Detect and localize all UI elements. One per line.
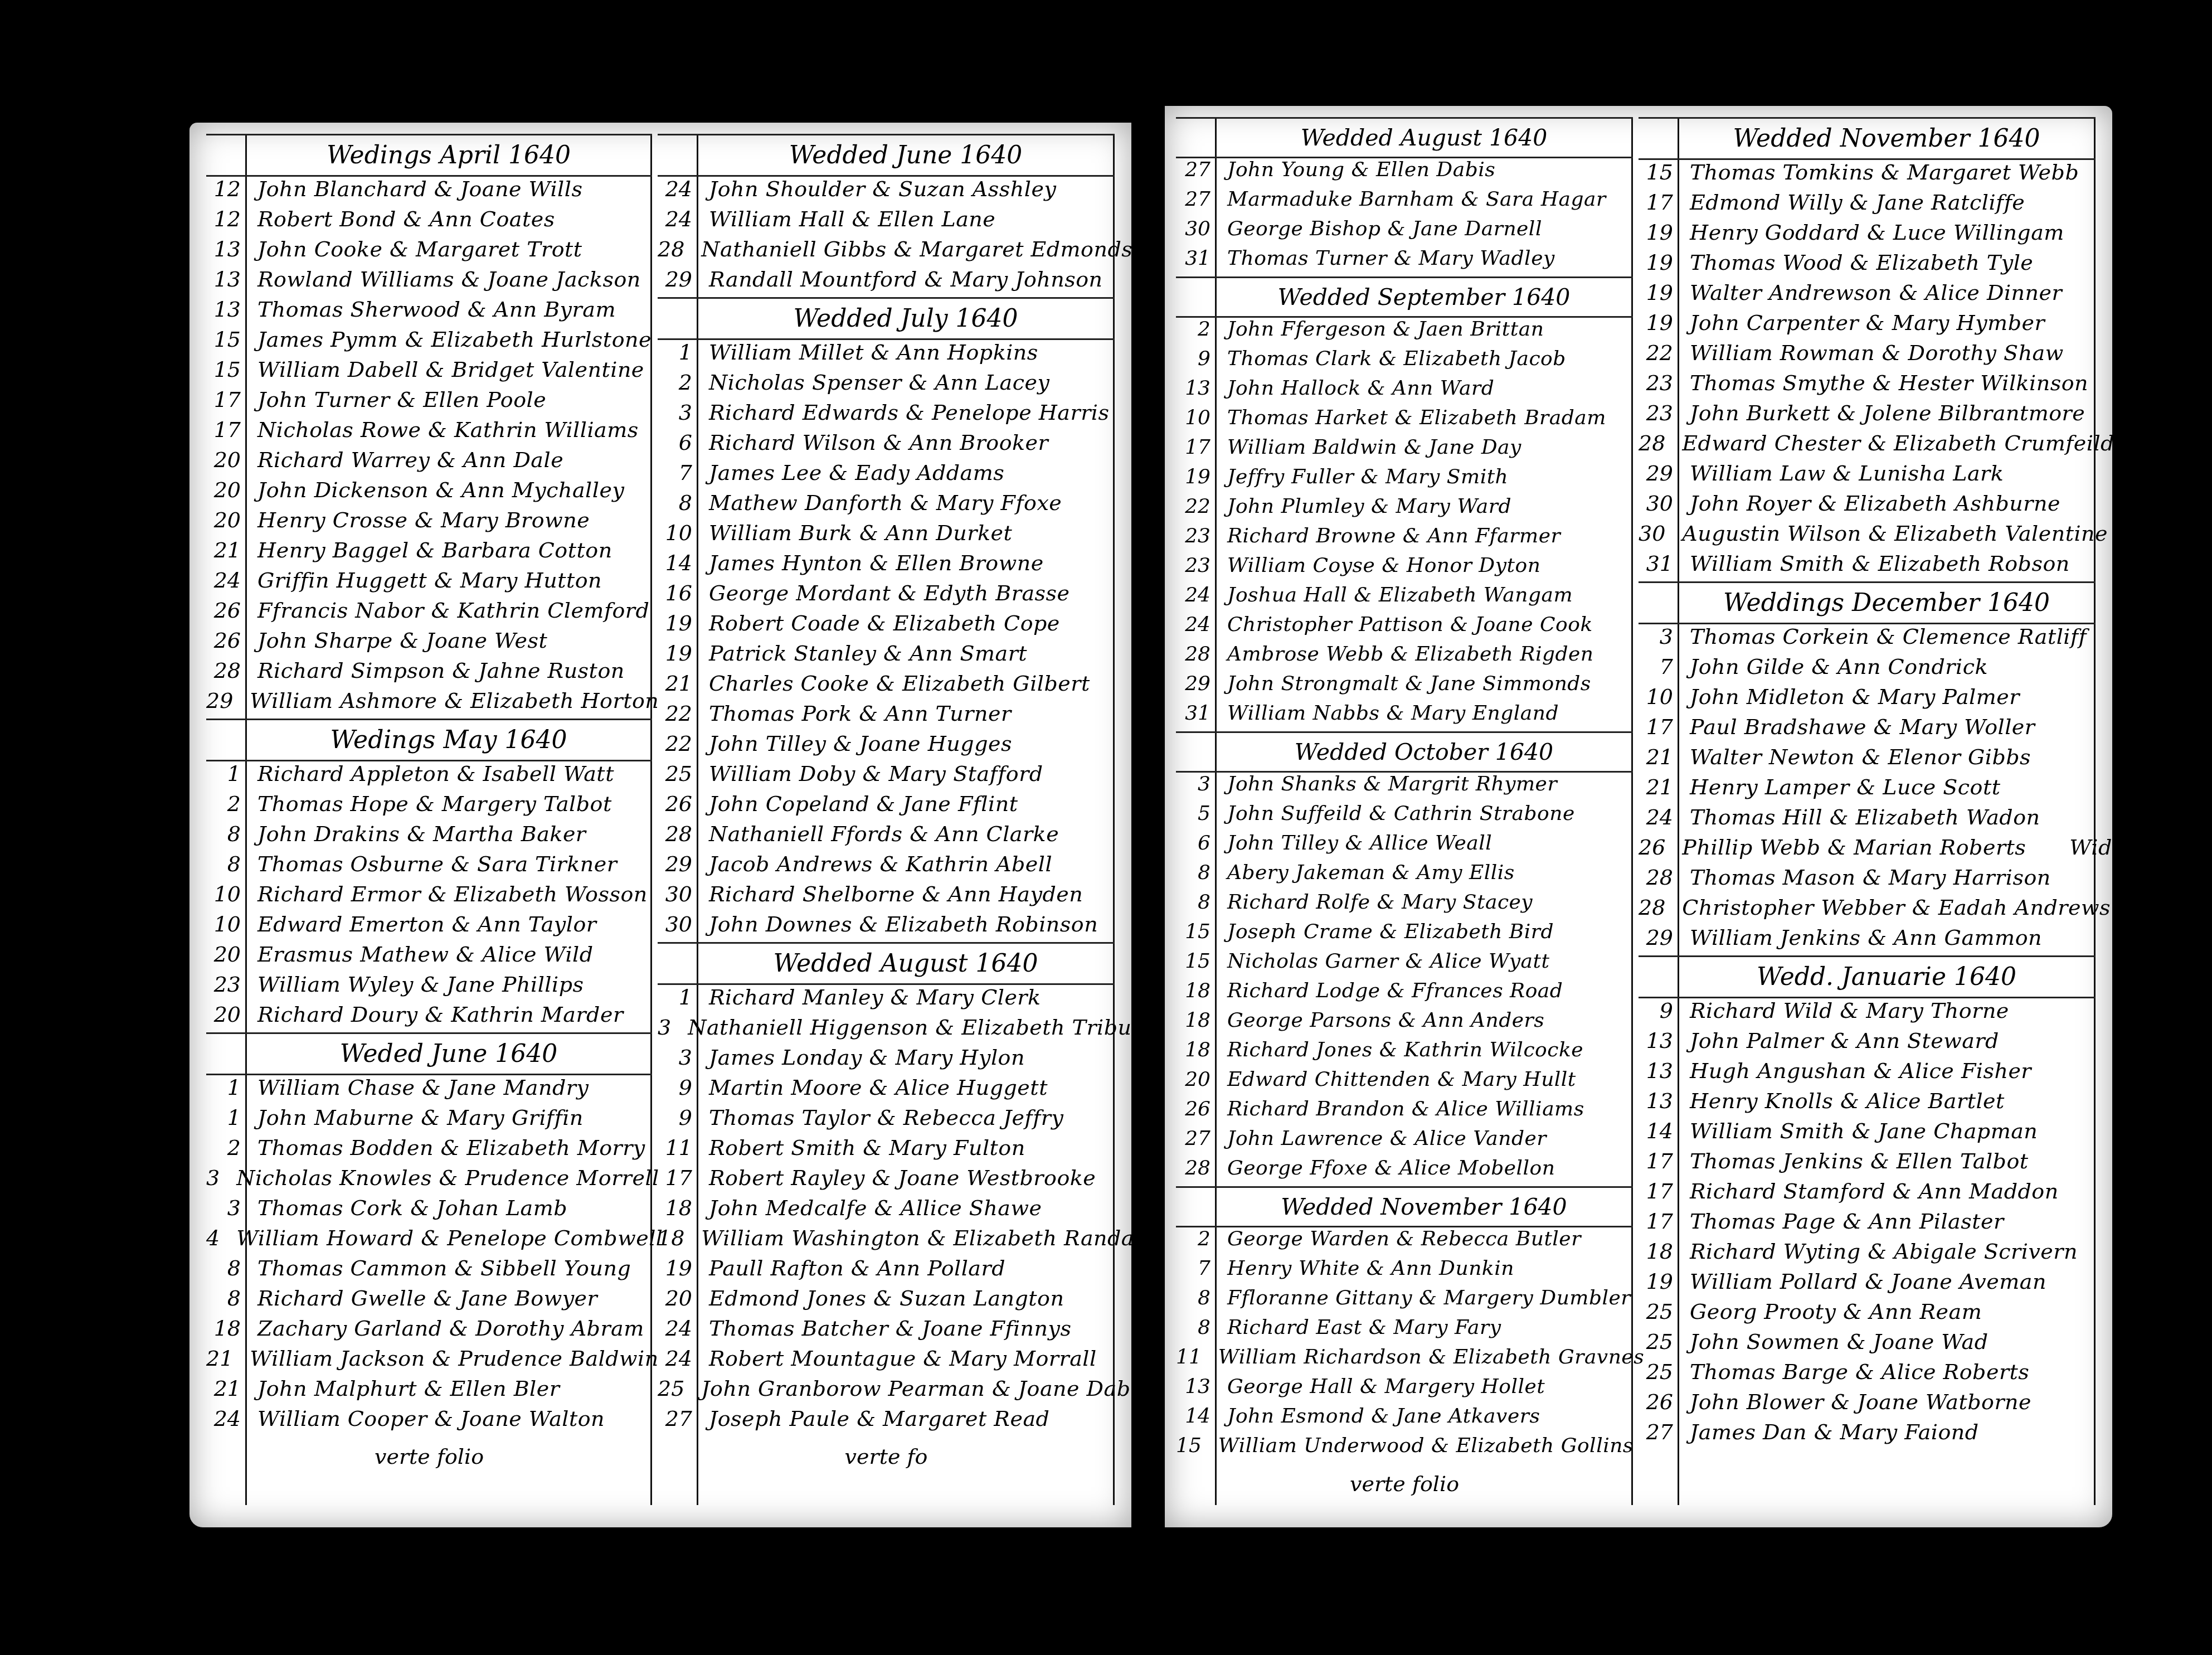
entry-day: 17 <box>206 387 247 412</box>
marriage-entry: 13George Hall & Margery Hollet <box>1176 1375 1633 1405</box>
entry-names: William Chase & Jane Mandry <box>247 1075 589 1100</box>
entry-names: Robert Bond & Ann Coates <box>247 207 555 231</box>
marriage-entry: 24John Shoulder & Suzan Asshley <box>658 177 1115 207</box>
entry-day: 20 <box>206 1002 247 1027</box>
entry-day: 19 <box>1639 250 1680 275</box>
marriage-entry: 15William Underwood & Elizabeth Gollins <box>1176 1434 1633 1464</box>
entry-day: 19 <box>1176 465 1217 488</box>
entry-names: Joseph Crame & Elizabeth Bird <box>1217 920 1554 943</box>
marriage-entry: 13Rowland Williams & Joane Jackson <box>206 267 652 297</box>
marriage-entry: 1William Chase & Jane Mandry <box>206 1075 652 1105</box>
entry-names: William Howard & Penelope Combwell <box>226 1226 663 1250</box>
month-heading: Wedded October 1640 <box>1176 731 1633 773</box>
marriage-entry: 28Edward Chester & Elizabeth Crumfeild <box>1639 431 2096 461</box>
entry-names: Thomas Wood & Elizabeth Tyle <box>1680 250 2033 275</box>
marriage-entry: 29Randall Mountford & Mary Johnson <box>658 267 1115 297</box>
marriage-entry: 19Walter Andrewson & Alice Dinner <box>1639 280 2096 310</box>
entry-day: 31 <box>1639 551 1680 576</box>
entry-day: 8 <box>206 1256 247 1280</box>
marriage-entry: 30John Royer & Elizabeth Ashburne <box>1639 491 2096 521</box>
marriage-entry: 17Robert Rayley & Joane Westbrooke <box>658 1166 1115 1196</box>
entry-day: 11 <box>1176 1346 1208 1368</box>
marriage-entry: 24Robert Mountague & Mary Morrall <box>658 1346 1115 1376</box>
entry-names: John Royer & Elizabeth Ashburne <box>1680 491 2060 516</box>
entry-day: 2 <box>1176 1227 1217 1250</box>
entry-day: 15 <box>1639 160 1680 185</box>
marriage-entry: 8Richard Rolfe & Mary Stacey <box>1176 891 1633 920</box>
register-column: Wedded June 164024John Shoulder & Suzan … <box>658 134 1115 1505</box>
entry-day: 20 <box>206 478 247 502</box>
entry-names: John Palmer & Ann Steward <box>1680 1028 1999 1053</box>
entry-names: Walter Newton & Elenor Gibbs <box>1680 745 2031 769</box>
entry-day: 1 <box>658 340 699 365</box>
entry-names: Thomas Hope & Margery Talbot <box>247 792 612 816</box>
marriage-entry: 10John Midleton & Mary Palmer <box>1639 685 2096 715</box>
entry-day: 24 <box>658 1316 699 1341</box>
marriage-entry: 19Patrick Stanley & Ann Smart <box>658 641 1115 671</box>
entry-names: John Tilley & Joane Hugges <box>699 731 1012 756</box>
marriage-entry: 20Richard Warrey & Ann Dale <box>206 448 652 478</box>
entry-names: Richard Browne & Ann Ffarmer <box>1217 525 1560 547</box>
entry-day: 22 <box>1176 495 1217 518</box>
entry-names: Richard Ermor & Elizabeth Wosson <box>247 882 648 906</box>
marriage-entry: 17Thomas Jenkins & Ellen Talbot <box>1639 1149 2096 1179</box>
entry-day: 20 <box>206 448 247 472</box>
entry-day: 5 <box>1176 802 1217 825</box>
entry-names: William Law & Lunisha Lark <box>1680 461 2004 486</box>
entry-names: Abery Jakeman & Amy Ellis <box>1217 861 1515 884</box>
entry-names: William Nabbs & Mary England <box>1217 702 1559 725</box>
entry-day: 24 <box>658 177 699 201</box>
entry-day: 26 <box>206 598 247 623</box>
marriage-entry: 1John Maburne & Mary Griffin <box>206 1105 652 1135</box>
entry-names: William Richardson & Elizabeth Gravnes <box>1208 1346 1644 1368</box>
entry-names: Richard Appleton & Isabell Watt <box>247 761 614 786</box>
marriage-entry: 21William Jackson & Prudence Baldwin <box>206 1346 652 1376</box>
marriage-entry: 9Thomas Clark & Elizabeth Jacob <box>1176 347 1633 377</box>
marriage-entry: 8Richard East & Mary Fary <box>1176 1316 1633 1346</box>
entry-names: Thomas Harket & Elizabeth Bradam <box>1217 406 1606 429</box>
entry-day: 2 <box>1176 318 1217 341</box>
entry-names: Marmaduke Barnham & Sara Hagar <box>1217 188 1606 211</box>
entry-day: 27 <box>1176 1127 1217 1150</box>
entry-day: 31 <box>1176 247 1217 270</box>
marriage-entry: 27James Dan & Mary Faiond <box>1639 1420 2096 1450</box>
entry-day: 20 <box>206 942 247 967</box>
entry-day: 24 <box>658 1346 699 1371</box>
entry-day: 3 <box>206 1166 226 1190</box>
entry-names: John Shanks & Margrit Rhymer <box>1217 773 1557 795</box>
entry-day: 11 <box>658 1135 699 1160</box>
entry-names: Thomas Mason & Mary Harrison <box>1680 865 2051 890</box>
entry-day: 28 <box>1176 1157 1217 1180</box>
entry-day: 8 <box>1176 1287 1217 1309</box>
entry-day: 20 <box>1176 1068 1217 1091</box>
entry-names: William Wyley & Jane Phillips <box>247 972 584 997</box>
entry-day: 27 <box>658 1406 699 1431</box>
marriage-entry: 18John Medcalfe & Allice Shawe <box>658 1196 1115 1226</box>
month-heading: Wedded November 1640 <box>1639 117 2096 160</box>
entry-names: William Dabell & Bridget Valentine <box>247 357 644 382</box>
entry-day: 25 <box>658 1376 691 1401</box>
marriage-entry: 19Henry Goddard & Luce Willingam <box>1639 220 2096 250</box>
entry-day: 15 <box>1176 1434 1208 1457</box>
entry-day: 29 <box>1639 925 1680 950</box>
marriage-entry: 26Ffrancis Nabor & Kathrin Clemford <box>206 598 652 628</box>
entry-day: 9 <box>1176 347 1217 370</box>
month-section: Wedded August 164027John Young & Ellen D… <box>1176 117 1633 276</box>
entry-names: Edmond Willy & Jane Ratcliffe <box>1680 190 2025 215</box>
entry-names: Zachary Garland & Dorothy Abram <box>247 1316 644 1341</box>
entry-names: Martin Moore & Alice Huggett <box>699 1075 1048 1100</box>
entry-day: 29 <box>658 267 699 292</box>
marriage-entry: 5John Suffeild & Cathrin Strabone <box>1176 802 1633 832</box>
marriage-entry: 6John Tilley & Allice Weall <box>1176 832 1633 861</box>
month-heading: Wedd. Januarie 1640 <box>1639 955 2096 998</box>
month-heading: Wedded September 1640 <box>1176 276 1633 318</box>
entry-names: William Coyse & Honor Dyton <box>1217 554 1540 577</box>
entry-day: 22 <box>1639 341 1680 365</box>
entry-names: John Suffeild & Cathrin Strabone <box>1217 802 1575 825</box>
marriage-entry: 1Richard Manley & Mary Clerk <box>658 985 1115 1015</box>
entry-day: 25 <box>1639 1299 1680 1324</box>
entry-names: Richard Jones & Kathrin Wilcocke <box>1217 1038 1583 1061</box>
entry-day: 17 <box>1176 436 1217 459</box>
marriage-entry: 1Richard Appleton & Isabell Watt <box>206 761 652 792</box>
entry-day: 23 <box>1176 554 1217 577</box>
entry-day: 3 <box>658 1045 699 1070</box>
entry-names: John Drakins & Martha Baker <box>247 822 586 846</box>
entry-day: 8 <box>206 822 247 846</box>
entry-names: Richard Shelborne & Ann Hayden <box>699 882 1083 906</box>
marriage-entry: 23William Coyse & Honor Dyton <box>1176 554 1633 584</box>
month-section: Wedings May 16401Richard Appleton & Isab… <box>206 719 652 1032</box>
month-heading: Wedded June 1640 <box>658 134 1115 177</box>
entry-day: 10 <box>658 521 699 545</box>
entry-names: Charles Cooke & Elizabeth Gilbert <box>699 671 1090 696</box>
entry-day: 18 <box>1176 1009 1217 1032</box>
entry-day: 18 <box>1176 979 1217 1002</box>
marriage-entry: 10Thomas Harket & Elizabeth Bradam <box>1176 406 1633 436</box>
entry-day: 19 <box>658 1256 699 1280</box>
marriage-entry: 25Thomas Barge & Alice Roberts <box>1639 1360 2096 1390</box>
entry-names: George Ffoxe & Alice Mobellon <box>1217 1157 1555 1180</box>
entry-day: 26 <box>1639 835 1672 860</box>
entry-names: John Carpenter & Mary Hymber <box>1680 310 2045 335</box>
month-section: Wedded July 16401William Millet & Ann Ho… <box>658 297 1115 942</box>
entry-day: 19 <box>1639 1269 1680 1294</box>
entry-names: Thomas Page & Ann Pilaster <box>1680 1209 2004 1234</box>
entry-names: Edward Chittenden & Mary Hullt <box>1217 1068 1576 1091</box>
entry-names: Edward Emerton & Ann Taylor <box>247 912 597 936</box>
marriage-entry: 26John Sharpe & Joane West <box>206 628 652 658</box>
entry-day: 24 <box>658 207 699 231</box>
entry-day: 25 <box>1639 1329 1680 1354</box>
entry-names: Henry Lamper & Luce Scott <box>1680 775 2001 799</box>
marriage-entry: 2Nicholas Spenser & Ann Lacey <box>658 370 1115 400</box>
marriage-entry: 28Nathaniell Gibbs & Margaret Edmonds <box>658 237 1115 267</box>
entry-names: John Malphurt & Ellen Bler <box>247 1376 560 1401</box>
marriage-entry: 2John Ffergeson & Jaen Brittan <box>1176 318 1633 347</box>
entry-names: Walter Andrewson & Alice Dinner <box>1680 280 2062 305</box>
marriage-entry: 23John Burkett & Jolene Bilbrantmore <box>1639 401 2096 431</box>
entry-names: Robert Rayley & Joane Westbrooke <box>699 1166 1096 1190</box>
entry-day: 21 <box>206 1346 240 1371</box>
entry-names: George Warden & Rebecca Butler <box>1217 1227 1581 1250</box>
entry-names: Christopher Pattison & Joane Cook <box>1217 613 1593 636</box>
marriage-entry: 18Zachary Garland & Dorothy Abram <box>206 1316 652 1346</box>
entry-names: Nicholas Spenser & Ann Lacey <box>699 370 1049 395</box>
entry-names: George Bishop & Jane Darnell <box>1217 217 1542 240</box>
entry-names: Richard Wyting & Abigale Scrivern <box>1680 1239 2078 1264</box>
marriage-entry: 27John Lawrence & Alice Vander <box>1176 1127 1633 1157</box>
entry-names: Robert Coade & Elizabeth Cope <box>699 611 1060 635</box>
marriage-entry: 30George Bishop & Jane Darnell <box>1176 217 1633 247</box>
entry-day: 24 <box>206 1406 247 1431</box>
marriage-entry: 8Ffloranne Gittany & Margery Dumbler <box>1176 1287 1633 1316</box>
marriage-entry: 17John Turner & Ellen Poole <box>206 387 652 418</box>
entry-names: James Londay & Mary Hylon <box>699 1045 1025 1070</box>
entry-day: 13 <box>206 237 247 261</box>
marriage-entry: 8Abery Jakeman & Amy Ellis <box>1176 861 1633 891</box>
entry-day: 3 <box>206 1196 247 1220</box>
entry-day: 19 <box>658 611 699 635</box>
marriage-entry: 13Thomas Sherwood & Ann Byram <box>206 297 652 327</box>
marriage-entry: 9Martin Moore & Alice Huggett <box>658 1075 1115 1105</box>
entry-day: 3 <box>1639 624 1680 649</box>
month-section: Weddings December 16403Thomas Corkein & … <box>1639 581 2096 955</box>
marriage-entry: 25Georg Prooty & Ann Ream <box>1639 1299 2096 1329</box>
entry-day: 7 <box>1176 1257 1217 1280</box>
entry-day: 27 <box>1176 158 1217 181</box>
marriage-entry: 24William Cooper & Joane Walton <box>206 1406 652 1436</box>
marriage-entry: 11William Richardson & Elizabeth Gravnes <box>1176 1346 1633 1375</box>
entry-day: 1 <box>206 1105 247 1130</box>
marriage-entry: 25John Sowmen & Joane Wad <box>1639 1329 2096 1360</box>
entry-names: Edmond Jones & Suzan Langton <box>699 1286 1064 1311</box>
entry-names: William Burk & Ann Durket <box>699 521 1012 545</box>
entry-names: Paul Bradshawe & Mary Woller <box>1680 715 2035 739</box>
marriage-entry: 8John Drakins & Martha Baker <box>206 822 652 852</box>
entry-names: Randall Mountford & Mary Johnson <box>699 267 1103 292</box>
entry-day: 15 <box>1176 950 1217 973</box>
marriage-entry: 3James Londay & Mary Hylon <box>658 1045 1115 1075</box>
marriage-entry: 1William Millet & Ann Hopkins <box>658 340 1115 370</box>
marriage-entry: 2Thomas Hope & Margery Talbot <box>206 792 652 822</box>
entry-names: George Hall & Margery Hollet <box>1217 1375 1545 1398</box>
marriage-entry: 31William Nabbs & Mary England <box>1176 702 1633 731</box>
entry-day: 18 <box>658 1196 699 1220</box>
entry-names: Nathaniell Gibbs & Margaret Edmonds <box>691 237 1132 261</box>
entry-names: William Rowman & Dorothy Shaw <box>1680 341 2064 365</box>
entry-names: Richard Lodge & Ffrances Road <box>1217 979 1563 1002</box>
month-section: Wedded October 16403John Shanks & Margri… <box>1176 731 1633 1186</box>
marriage-entry: 22John Tilley & Joane Hugges <box>658 731 1115 761</box>
entry-day: 15 <box>1176 920 1217 943</box>
entry-names: Nicholas Rowe & Kathrin Williams <box>247 418 639 442</box>
entry-day: 20 <box>206 508 247 532</box>
entry-day: 21 <box>206 1376 247 1401</box>
entry-day: 23 <box>1176 525 1217 547</box>
entry-names: Nicholas Knowles & Prudence Morrell <box>226 1166 659 1190</box>
marriage-entry: 13John Cooke & Margaret Trott <box>206 237 652 267</box>
entry-day: 30 <box>1176 217 1217 240</box>
entry-names: John Midleton & Mary Palmer <box>1680 685 2020 709</box>
month-heading: Wedings April 1640 <box>206 134 652 177</box>
entry-names: Ffrancis Nabor & Kathrin Clemford <box>247 598 649 623</box>
folio-note: verte folio <box>1176 1464 1633 1496</box>
entry-day: 26 <box>1176 1098 1217 1120</box>
entry-names: Mathew Danforth & Mary Ffoxe <box>699 491 1062 515</box>
entry-day: 15 <box>206 327 247 352</box>
entry-day: 29 <box>1639 461 1680 486</box>
marriage-entry: 13Hugh Angushan & Alice Fisher <box>1639 1059 2096 1089</box>
entry-names: William Washington & Elizabeth Randall <box>691 1226 1148 1250</box>
entry-day: 1 <box>658 985 699 1009</box>
marriage-entry: 8Mathew Danforth & Mary Ffoxe <box>658 491 1115 521</box>
entry-names: Thomas Corkein & Clemence Ratliff <box>1680 624 2087 649</box>
marriage-entry: 28Thomas Mason & Mary Harrison <box>1639 865 2096 895</box>
entry-names: John Plumley & Mary Ward <box>1217 495 1511 518</box>
marriage-entry: 12John Blanchard & Joane Wills <box>206 177 652 207</box>
entry-day: 28 <box>658 822 699 846</box>
month-heading: Wedded November 1640 <box>1176 1186 1633 1227</box>
entry-names: William Underwood & Elizabeth Gollins <box>1208 1434 1634 1457</box>
marriage-entry: 3John Shanks & Margrit Rhymer <box>1176 773 1633 802</box>
entry-day: 18 <box>658 1226 691 1250</box>
entry-names: Thomas Sherwood & Ann Byram <box>247 297 616 322</box>
marriage-entry: 24Griffin Huggett & Mary Hutton <box>206 568 652 598</box>
entry-names: Richard Gwelle & Jane Bowyer <box>247 1286 597 1311</box>
entry-day: 13 <box>206 297 247 322</box>
left-page: Wedings April 164012John Blanchard & Joa… <box>189 123 1131 1527</box>
marriage-entry: 17Edmond Willy & Jane Ratcliffe <box>1639 190 2096 220</box>
entry-names: Edward Chester & Elizabeth Crumfeild <box>1672 431 2114 455</box>
entry-names: Paull Rafton & Ann Pollard <box>699 1256 1005 1280</box>
entry-day: 3 <box>658 400 699 425</box>
entry-names: Joseph Paule & Margaret Read <box>699 1406 1049 1431</box>
month-section: Wedd. Januarie 16409Richard Wild & Mary … <box>1639 955 2096 1450</box>
entry-day: 3 <box>1176 773 1217 795</box>
entry-day: 18 <box>1176 1038 1217 1061</box>
entry-day: 19 <box>1639 280 1680 305</box>
marriage-entry: 19Thomas Wood & Elizabeth Tyle <box>1639 250 2096 280</box>
entry-day: 6 <box>1176 832 1217 855</box>
marriage-entry: 21Walter Newton & Elenor Gibbs <box>1639 745 2096 775</box>
marriage-entry: 20Edward Chittenden & Mary Hullt <box>1176 1068 1633 1098</box>
entry-day: 4 <box>206 1226 226 1250</box>
entry-names: Richard Stamford & Ann Maddon <box>1680 1179 2059 1203</box>
marriage-entry: 21Henry Lamper & Luce Scott <box>1639 775 2096 805</box>
entry-day: 8 <box>1176 861 1217 884</box>
entry-names: Nathaniell Higgenson & Elizabeth Tribul <box>678 1015 1139 1040</box>
entry-names: John Granborow Pearman & Joane Dabell <box>691 1376 1158 1401</box>
entry-names: Richard Doury & Kathrin Marder <box>247 1002 624 1027</box>
marriage-entry: 3Thomas Corkein & Clemence Ratliff <box>1639 624 2096 654</box>
entry-names: George Parsons & Ann Anders <box>1217 1009 1544 1032</box>
entry-names: James Dan & Mary Faiond <box>1680 1420 1979 1444</box>
entry-day: 13 <box>1176 377 1217 400</box>
marriage-entry: 20Richard Doury & Kathrin Marder <box>206 1002 652 1032</box>
marriage-entry: 19William Pollard & Joane Aveman <box>1639 1269 2096 1299</box>
entry-names: William Hall & Ellen Lane <box>699 207 995 231</box>
entry-names: Thomas Clark & Elizabeth Jacob <box>1217 347 1566 370</box>
entry-day: 21 <box>206 538 247 562</box>
marriage-entry: 9Thomas Taylor & Rebecca Jeffry <box>658 1105 1115 1135</box>
marriage-entry: 20Henry Crosse & Mary Browne <box>206 508 652 538</box>
entry-day: 9 <box>658 1105 699 1130</box>
entry-names: John Cooke & Margaret Trott <box>247 237 582 261</box>
entry-names: John Tilley & Allice Weall <box>1217 832 1492 855</box>
entry-day: 12 <box>206 177 247 201</box>
entry-names: Richard Manley & Mary Clerk <box>699 985 1041 1009</box>
entry-names: John Sharpe & Joane West <box>247 628 547 653</box>
entry-names: Thomas Tomkins & Margaret Webb <box>1680 160 2079 185</box>
folio-note: verte fo <box>658 1436 1115 1469</box>
entry-names: William Millet & Ann Hopkins <box>699 340 1038 365</box>
marriage-entry: 21Henry Baggel & Barbara Cotton <box>206 538 652 568</box>
entry-day: 24 <box>1639 805 1680 829</box>
entry-names: Richard Warrey & Ann Dale <box>247 448 563 472</box>
entry-day: 1 <box>206 761 247 786</box>
month-heading: Wedings May 1640 <box>206 719 652 761</box>
entry-day: 13 <box>1639 1028 1680 1053</box>
marriage-entry: 24Christopher Pattison & Joane Cook <box>1176 613 1633 643</box>
marriage-entry: 28Christopher Webber & Eadah Andrews <box>1639 895 2096 925</box>
marriage-entry: 14John Esmond & Jane Atkavers <box>1176 1405 1633 1434</box>
entry-day: 13 <box>1639 1089 1680 1113</box>
marriage-entry: 24William Hall & Ellen Lane <box>658 207 1115 237</box>
entry-names: William Doby & Mary Stafford <box>699 761 1043 786</box>
marriage-entry: 20Edmond Jones & Suzan Langton <box>658 1286 1115 1316</box>
entry-names: Robert Smith & Mary Fulton <box>699 1135 1025 1160</box>
register-column: Wedded August 164027John Young & Ellen D… <box>1176 117 1633 1505</box>
entry-names: John Blanchard & Joane Wills <box>247 177 582 201</box>
entry-names: Thomas Bodden & Elizabeth Morry <box>247 1135 645 1160</box>
marriage-entry: 8Thomas Osburne & Sara Tirkner <box>206 852 652 882</box>
entry-day: 18 <box>1639 1239 1680 1264</box>
marriage-entry: 29Jacob Andrews & Kathrin Abell <box>658 852 1115 882</box>
entry-day: 29 <box>1176 672 1217 695</box>
entry-day: 26 <box>206 628 247 653</box>
entry-day: 17 <box>1639 715 1680 739</box>
entry-day: 29 <box>206 688 240 713</box>
marriage-entry: 30Richard Shelborne & Ann Hayden <box>658 882 1115 912</box>
marriage-entry: 2George Warden & Rebecca Butler <box>1176 1227 1633 1257</box>
entry-day: 27 <box>1176 188 1217 211</box>
marriage-entry: 3Thomas Cork & Johan Lamb <box>206 1196 652 1226</box>
marriage-entry: 13John Palmer & Ann Steward <box>1639 1028 2096 1059</box>
marriage-entry: 19Paull Rafton & Ann Pollard <box>658 1256 1115 1286</box>
entry-day: 8 <box>1176 1316 1217 1339</box>
entry-names: Henry Baggel & Barbara Cotton <box>247 538 612 562</box>
entry-names: John Sowmen & Joane Wad <box>1680 1329 1989 1354</box>
marriage-entry: 31Thomas Turner & Mary Wadley <box>1176 247 1633 276</box>
entry-day: 17 <box>1639 190 1680 215</box>
marriage-entry: 25William Doby & Mary Stafford <box>658 761 1115 792</box>
entry-names: Thomas Cammon & Sibbell Young <box>247 1256 631 1280</box>
entry-day: 2 <box>206 792 247 816</box>
entry-day: 7 <box>658 460 699 485</box>
entry-names: George Mordant & Edyth Brasse <box>699 581 1070 605</box>
marriage-entry: 15James Pymm & Elizabeth Hurlstone <box>206 327 652 357</box>
entry-names: William Smith & Elizabeth Robson <box>1680 551 2070 576</box>
entry-names: Erasmus Mathew & Alice Wild <box>247 942 594 967</box>
entry-names: Thomas Pork & Ann Turner <box>699 701 1012 726</box>
month-section: Wedded June 164024John Shoulder & Suzan … <box>658 134 1115 297</box>
entry-day: 28 <box>1639 865 1680 890</box>
entry-names: Georg Prooty & Ann Ream <box>1680 1299 1982 1324</box>
